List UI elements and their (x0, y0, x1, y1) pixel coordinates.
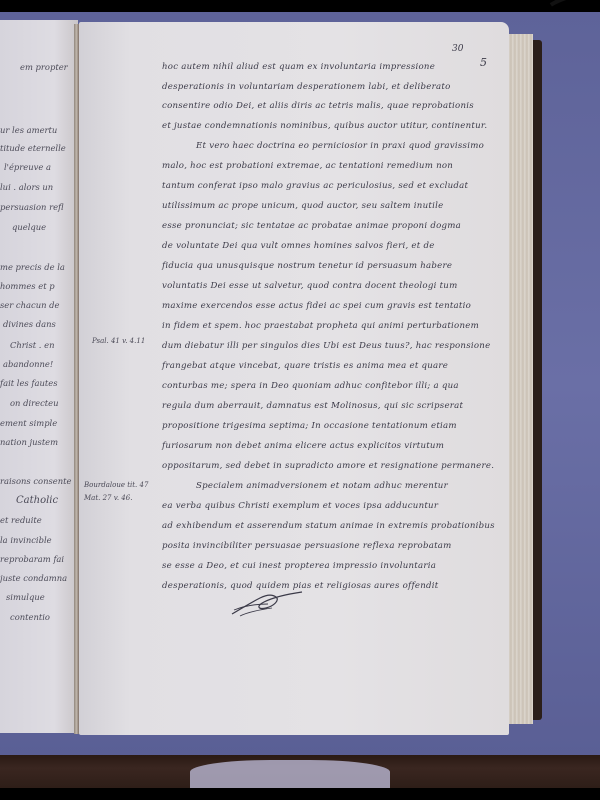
left-fragment: divines dans (3, 319, 56, 329)
margin-note: Psal. 41 v. 4.11 (92, 337, 145, 345)
left-fragment: ser chacun de (0, 300, 59, 310)
left-fragment: la invincible (0, 535, 52, 545)
manuscript-line: de voluntate Dei qua vult omnes homines … (162, 241, 435, 251)
manuscript-line: dum diebatur illi per singulos dies Ubi … (162, 341, 490, 351)
manuscript-line: tantum conferat ipso malo gravius ac per… (162, 181, 468, 191)
left-fragment: ur les amertu (0, 125, 57, 135)
left-fragment: contentio (10, 612, 50, 622)
manuscript-line: et justae condemnationis nominibus, quib… (162, 121, 487, 131)
manuscript-line: furiosarum non debet anima elicere actus… (162, 441, 444, 451)
folio-number: 5 (480, 56, 487, 69)
signature-flourish-icon (228, 588, 308, 618)
left-fragment: lui . alors un (0, 182, 53, 192)
manuscript-line: utilissimum ac prope unicum, quod auctor… (162, 201, 443, 211)
left-fragment: em propter (20, 62, 68, 72)
manuscript-line: Specialem animadversionem et notam adhuc… (196, 481, 448, 491)
left-fragment: titude eternelle (0, 143, 66, 153)
manuscript-line: oppositarum, sed debet in supradicto amo… (162, 461, 494, 471)
manuscript-line: desperationis in voluntariam desperation… (162, 82, 451, 92)
margin-note: Mat. 27 v. 46. (84, 494, 132, 502)
margin-note: Bourdaloue tit. 47 (84, 481, 148, 489)
left-fragment: et reduite (0, 515, 42, 525)
manuscript-line: regula dum aberrauit, damnatus est Molin… (162, 401, 463, 411)
left-fragment: persuasion refl (0, 202, 64, 212)
manuscript-line: in fidem et spem. hoc praestabat prophet… (162, 321, 479, 331)
left-fragment: hommes et p (0, 281, 55, 291)
left-fragment: fait les fautes (0, 378, 58, 388)
left-fragment: juste condamna (0, 573, 67, 583)
manuscript-line: frangebat atque vincebat, quare tristis … (162, 361, 448, 371)
manuscript-line: posita invincibiliter persuasae persuasi… (162, 541, 452, 551)
folio-number-old: 30 (452, 44, 463, 54)
book-gutter (74, 24, 79, 734)
manuscript-line: esse pronunciat; sic tentatae ac probata… (162, 221, 461, 231)
left-fragment: Catholic (16, 495, 58, 506)
page-edges (505, 34, 533, 724)
manuscript-line: ad exhibendum et asserendum statum anima… (162, 521, 495, 531)
manuscript-line: voluntatis Dei esse ut salvetur, quod co… (162, 281, 457, 291)
left-fragment: simulque (6, 592, 45, 602)
manuscript-line: maxime exercendos esse actus fidei ac sp… (162, 301, 471, 311)
left-fragment: reprobaram fai (0, 554, 64, 564)
left-fragment: quelque (12, 222, 46, 232)
left-fragment: l'épreuve a (4, 162, 51, 172)
cloth-fold (190, 760, 390, 790)
left-fragment: on directeu (10, 398, 59, 408)
manuscript-line: propositione trigesima septima; In occas… (162, 421, 457, 431)
manuscript-line: consentire odio Dei, et aliis diris ac t… (162, 101, 474, 111)
left-fragment: nation justem (0, 437, 58, 447)
manuscript-line: hoc autem nihil aliud est quam ex involu… (162, 62, 435, 72)
manuscript-line: ea verba quibus Christi exemplum et voce… (162, 501, 438, 511)
manuscript-line: fiducia qua unusquisque nostrum tenetur … (162, 261, 452, 271)
manuscript-line: se esse a Deo, et cui inest propterea im… (162, 561, 436, 571)
manuscript-line: malo, hoc est probationi extremae, ac te… (162, 161, 453, 171)
left-fragment: abandonne! (3, 359, 53, 369)
left-fragment: ement simple (0, 418, 57, 428)
left-fragment: Christ . en (10, 340, 54, 350)
manuscript-line: conturbas me; spera in Deo quoniam adhuc… (162, 381, 459, 391)
bottom-black-border (0, 788, 600, 800)
manuscript-line: Et vero haec doctrina eo perniciosior in… (196, 141, 484, 151)
left-fragment: me precis de la (0, 262, 65, 272)
top-black-border (0, 0, 600, 12)
left-fragment: raisons consente (0, 476, 71, 486)
